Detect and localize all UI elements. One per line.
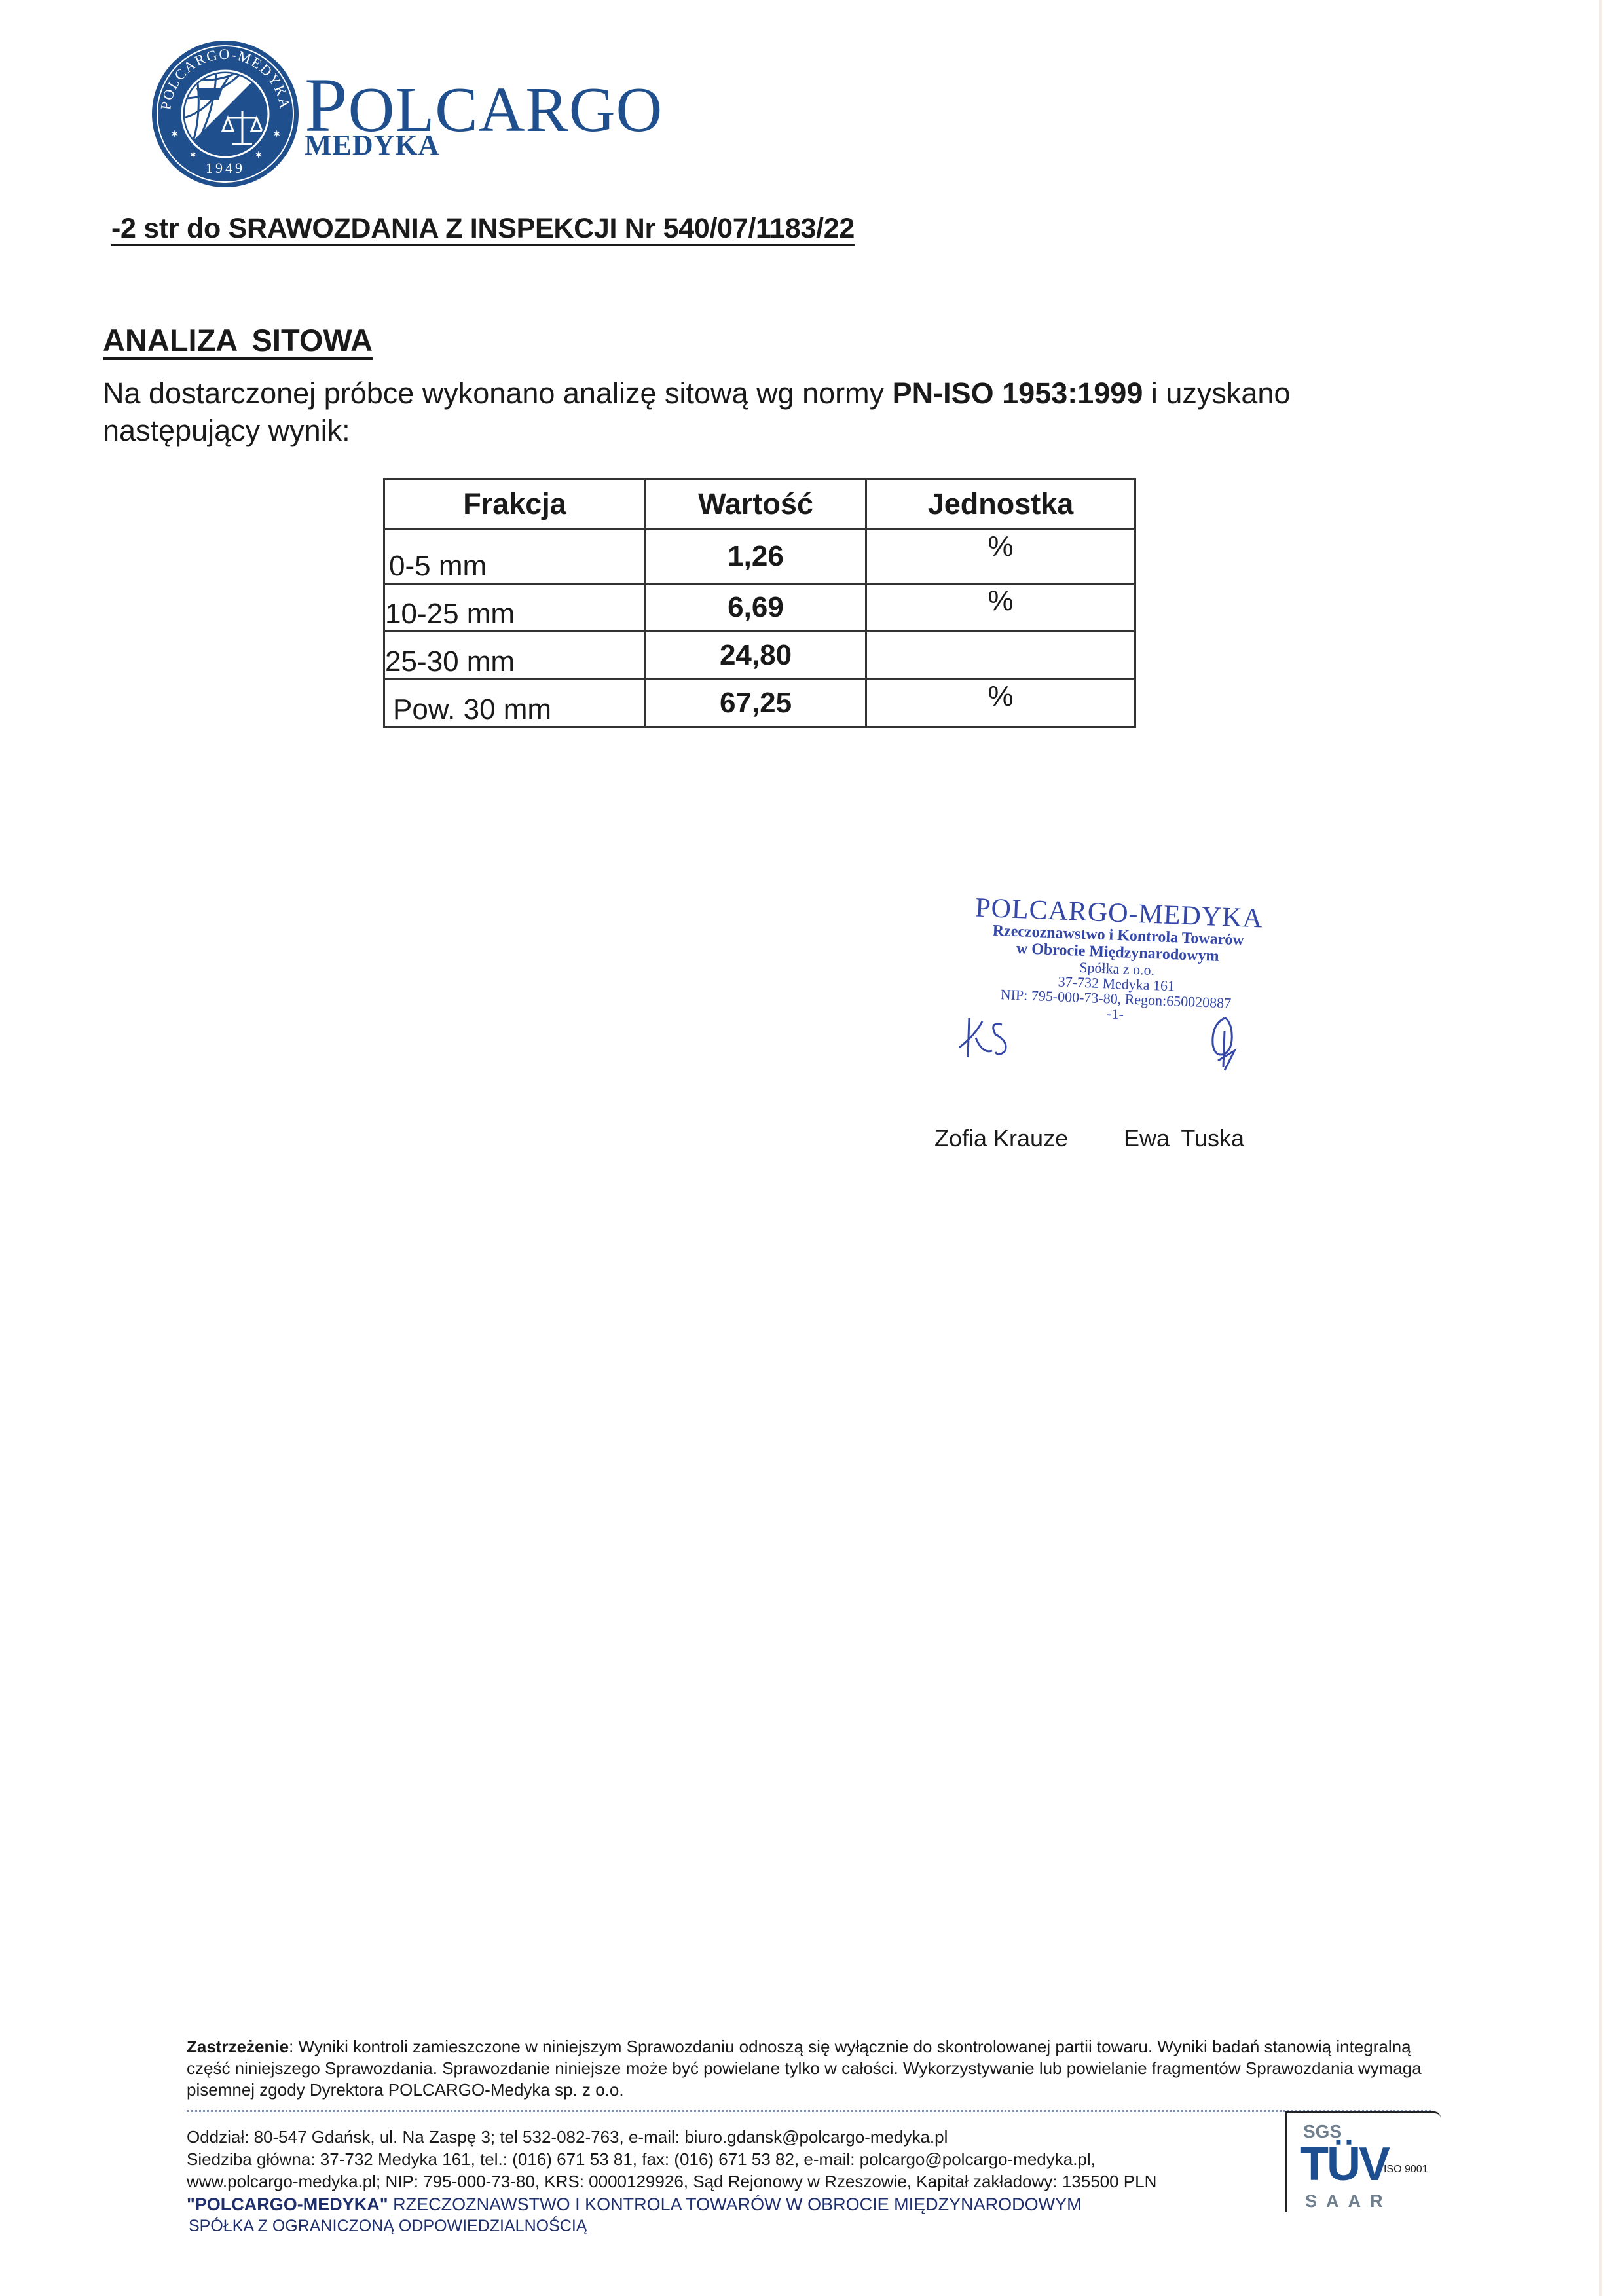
scan-edge <box>1599 0 1602 2296</box>
table-row: 25-30 mm 24,80 <box>384 632 1135 680</box>
svg-text:✶: ✶ <box>272 129 281 140</box>
signatory-name: Zofia Krauze <box>934 1125 1068 1152</box>
column-header-fraction: Frakcja <box>384 479 646 530</box>
svg-text:✶: ✶ <box>189 150 197 161</box>
tuv-logo: TÜV <box>1300 2141 1388 2188</box>
signature-tuska <box>1205 1015 1244 1074</box>
value-cell: 1,26 <box>646 530 866 584</box>
signature-krauze <box>956 1011 1028 1064</box>
value-cell: 6,69 <box>646 584 866 632</box>
sieve-analysis-table: Frakcja Wartość Jednostka 0-5 mm 1,26 % … <box>383 478 1136 728</box>
svg-text:1949: 1949 <box>206 160 245 176</box>
table-row: 0-5 mm 1,26 % <box>384 530 1135 584</box>
footer-divider <box>187 2110 1431 2112</box>
unit-cell <box>866 632 1135 680</box>
svg-text:✶: ✶ <box>254 150 263 161</box>
report-reference: -2 str do SRAWOZDANIA Z INSPEKCJI Nr 540… <box>111 213 855 245</box>
fraction-cell: 25-30 mm <box>384 632 646 680</box>
svg-text:✶: ✶ <box>170 129 179 140</box>
signatory-name: Ewa Tuska <box>1124 1125 1244 1152</box>
section-title: ANALIZA SITOWA <box>103 322 373 358</box>
column-header-value: Wartość <box>646 479 866 530</box>
column-header-unit: Jednostka <box>866 479 1135 530</box>
table-row: Pow. 30 mm 67,25 % <box>384 680 1135 727</box>
value-cell: 24,80 <box>646 632 866 680</box>
footer-company-name: "POLCARGO-MEDYKA" RZECZOZNAWSTWO I KONTR… <box>187 2193 1082 2215</box>
footer-address: Oddział: 80-547 Gdańsk, ul. Na Zaspę 3; … <box>187 2126 1261 2193</box>
fraction-cell: Pow. 30 mm <box>384 680 646 727</box>
iso-standard: ISO 9001 <box>1384 2164 1428 2176</box>
norm-reference: PN-ISO 1953:1999 <box>893 376 1143 410</box>
unit-cell: % <box>866 530 1135 584</box>
unit-cell: % <box>866 584 1135 632</box>
certification-bottom: SAAR <box>1305 2191 1392 2212</box>
intro-paragraph: Na dostarczonej próbce wykonano analizę … <box>103 374 1412 449</box>
brand-subtitle: MEDYKA <box>304 131 439 160</box>
fraction-cell: 10-25 mm <box>384 584 646 632</box>
table-row: 10-25 mm 6,69 % <box>384 584 1135 632</box>
unit-cell: % <box>866 680 1135 727</box>
disclaimer: Zastrzeżenie: Wyniki kontroli zamieszczo… <box>187 2036 1424 2101</box>
footer-company-form: SPÓŁKA Z OGRANICZONĄ ODPOWIEDZIALNOŚCIĄ <box>189 2217 587 2236</box>
value-cell: 67,25 <box>646 680 866 727</box>
company-seal-logo: POLCARGO-MEDYKA 1949 ✶ ✶ ✶ ✶ <box>151 39 300 189</box>
fraction-cell: 0-5 mm <box>384 530 646 584</box>
company-stamp: POLCARGO-MEDYKA Rzeczoznawstwo i Kontrol… <box>961 894 1274 1027</box>
